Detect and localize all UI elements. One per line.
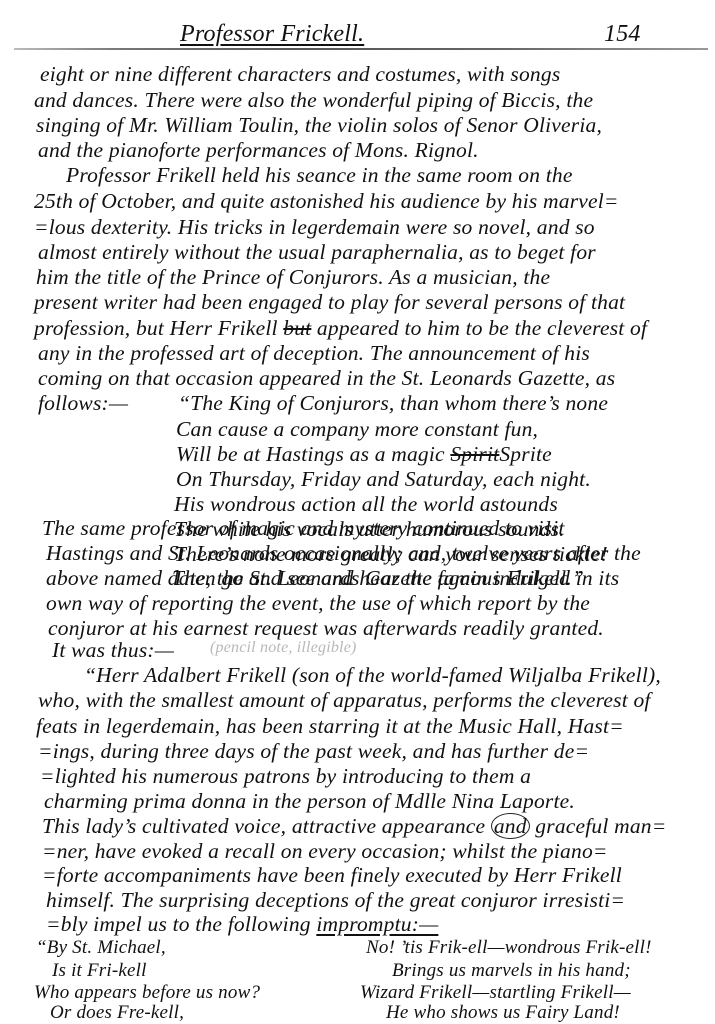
poem1-line-4: On Thursday, Friday and Saturday, each n… xyxy=(176,469,591,491)
body-line-7: =lous dexterity. His tricks in legerdema… xyxy=(34,217,595,239)
poem1-line-3: Will be at Hastings as a magic SpiritSpr… xyxy=(176,444,552,466)
body-line-1: eight or nine different characters and c… xyxy=(40,64,560,86)
body-line-9: him the title of the Prince of Conjurors… xyxy=(36,267,550,289)
quote-line-4: =ings, during three days of the past wee… xyxy=(38,741,589,763)
quote-line-11-start: =bly impel us to the following xyxy=(46,912,311,936)
impromptu-right-line-1: No! ’tis Frik-ell—wondrous Frik-ell! xyxy=(366,938,652,957)
poem1-line-5: His wondrous action all the world astoun… xyxy=(174,494,558,516)
struck-word: but xyxy=(283,316,311,340)
impromptu-right-line-4: He who shows us Fairy Land! xyxy=(386,1003,620,1022)
impromptu-right-line-3: Wizard Frikell—startling Frikell— xyxy=(360,983,631,1002)
body-line-12: any in the professed art of deception. T… xyxy=(38,343,590,365)
quote-line-10: himself. The surprising deceptions of th… xyxy=(46,890,625,912)
quote-line-3: feats in legerdemain, has been starring … xyxy=(36,716,624,738)
quote-line-7-end: graceful man= xyxy=(535,814,666,838)
page-header-title: Professor Frickell. xyxy=(180,22,364,46)
impromptu-left-line-4: Or does Fre-kell, xyxy=(50,1003,184,1022)
body2-line-4: own way of reporting the event, the use … xyxy=(46,593,590,615)
impromptu-left-line-1: “By St. Michael, xyxy=(36,938,166,957)
impromptu-left-line-3: Who appears before us now? xyxy=(34,983,260,1002)
impromptu-right-line-2: Brings us marvels in his hand; xyxy=(392,961,631,980)
quote-line-2: who, with the smallest amount of apparat… xyxy=(38,690,651,712)
quote-line-1: “Herr Adalbert Frikell (son of the world… xyxy=(84,665,661,687)
header-rule xyxy=(14,48,708,50)
poem1-line-3-start: Will be at Hastings as a magic xyxy=(176,442,445,466)
poem1-struck-word: Spirit xyxy=(450,442,499,466)
poem1-line-2: Can cause a company more constant fun, xyxy=(176,419,538,441)
quote-line-7: This lady’s cultivated voice, attractive… xyxy=(42,816,666,838)
underlined-impromptu: impromptu:— xyxy=(316,912,438,936)
body-line-11: profession, but Herr Frikell but appeare… xyxy=(34,318,647,340)
body-line-11-end: appeared to him to be the cleverest of xyxy=(317,316,647,340)
faint-pencil-note: (pencil note, illegible) xyxy=(210,640,357,656)
body-line-4: and the pianoforte performances of Mons.… xyxy=(38,140,479,162)
body2-line-5: conjuror at his earnest request was afte… xyxy=(48,618,604,640)
quote-line-11: =bly impel us to the following impromptu… xyxy=(46,914,438,936)
body-line-5: Professor Frikell held his seance in the… xyxy=(66,165,573,187)
quote-line-6: charming prima donna in the person of Md… xyxy=(44,791,575,813)
body-line-2: and dances. There were also the wonderfu… xyxy=(34,90,593,112)
circled-word: and xyxy=(491,813,530,839)
body-line-13: coming on that occasion appeared in the … xyxy=(38,368,615,390)
body-line-11-start: profession, but Herr Frikell xyxy=(34,316,278,340)
body2-line-1: The same professor of magic and mystery … xyxy=(42,518,565,540)
body-line-6: 25th of October, and quite astonished hi… xyxy=(34,191,619,213)
body2-line-2: Hastings and St. Leonards occasionally; … xyxy=(46,543,641,565)
page-number: 154 xyxy=(604,22,641,46)
poem1-replacement-word: Sprite xyxy=(499,442,552,466)
body2-line-3: above named date, the St. Leonards Gazet… xyxy=(46,568,619,590)
impromptu-left-line-2: Is it Fri-kell xyxy=(52,961,147,980)
quote-line-7-start: This lady’s cultivated voice, attractive… xyxy=(42,814,485,838)
manuscript-page: Professor Frickell. 154 eight or nine di… xyxy=(0,0,715,1024)
body-line-10: present writer had been engaged to play … xyxy=(34,292,625,314)
quote-line-9: =forte accompaniments have been finely e… xyxy=(42,865,622,887)
body-line-3: singing of Mr. William Toulin, the violi… xyxy=(36,115,602,137)
quote-line-8: =ner, have evoked a recall on every occa… xyxy=(42,841,608,863)
body-line-14: follows:— xyxy=(38,393,128,415)
body2-line-6: It was thus:— xyxy=(52,640,174,662)
quote-line-5: =lighted his numerous patrons by introdu… xyxy=(40,766,531,788)
body-line-8: almost entirely without the usual paraph… xyxy=(38,242,596,264)
poem1-line-1: “The King of Conjurors, than whom there’… xyxy=(178,393,608,415)
